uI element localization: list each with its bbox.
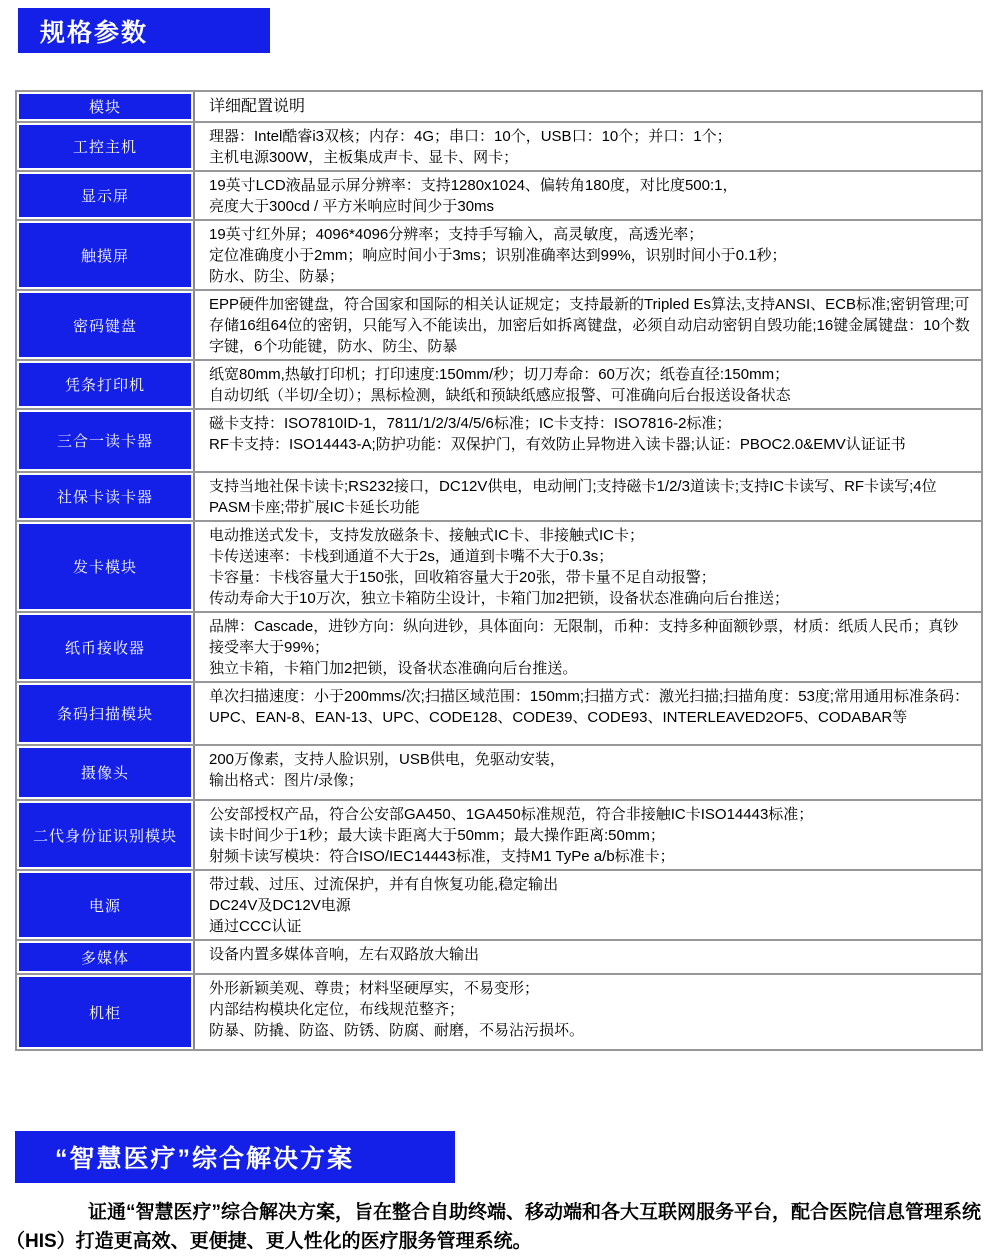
- module-cell: 二代身份证识别模块: [17, 801, 193, 869]
- module-label: 触摸屏: [19, 223, 191, 287]
- section-title-smart-medical: “智慧医疗”综合解决方案: [15, 1131, 455, 1183]
- smart-medical-paragraph: 证通“智慧医疗”综合解决方案，旨在整合自助终端、移动端和各大互联网服务平台，配合…: [6, 1198, 992, 1256]
- module-cell: 显示屏: [17, 172, 193, 219]
- module-cell: 凭条打印机: [17, 361, 193, 408]
- module-cell: 社保卡读卡器: [17, 473, 193, 520]
- module-description: 19英寸红外屏；4096*4096分辨率；支持手写输入，高灵敏度，高透光率； 定…: [193, 221, 981, 289]
- table-row: 显示屏 19英寸LCD液晶显示屏分辨率：支持1280x1024、偏转角180度，…: [17, 170, 981, 219]
- header-desc-label: 详细配置说明: [193, 92, 981, 121]
- module-cell: 密码键盘: [17, 291, 193, 359]
- table-row: 工控主机 理器：Intel酷睿i3双核；内存：4G；串口：10个，USB口：10…: [17, 121, 981, 170]
- module-label: 显示屏: [19, 174, 191, 217]
- module-label: 密码键盘: [19, 293, 191, 357]
- module-label: 三合一读卡器: [19, 412, 191, 469]
- module-label: 多媒体: [19, 943, 191, 971]
- module-description: 纸宽80mm,热敏打印机；打印速度:150mm/秒；切刀寿命：60万次；纸卷直径…: [193, 361, 981, 408]
- module-description: 磁卡支持：ISO7810ID-1，7811/1/2/3/4/5/6标准；IC卡支…: [193, 410, 981, 471]
- module-cell: 触摸屏: [17, 221, 193, 289]
- module-description: 外形新颖美观、尊贵；材料坚硬厚实，不易变形； 内部结构模块化定位，布线规范整齐；…: [193, 975, 981, 1049]
- module-cell: 三合一读卡器: [17, 410, 193, 471]
- module-label: 机柜: [19, 977, 191, 1047]
- table-row: 多媒体 设备内置多媒体音响，左右双路放大输出: [17, 939, 981, 973]
- table-row: 纸币接收器 品牌：Cascade，进钞方向：纵向进钞，具体面向：无限制，币种：支…: [17, 611, 981, 681]
- module-description: 带过载、过压、过流保护，并有自恢复功能,稳定输出 DC24V及DC12V电源 通…: [193, 871, 981, 939]
- module-cell: 纸币接收器: [17, 613, 193, 681]
- header-module-label: 模块: [19, 94, 191, 119]
- spec-table: 模块 详细配置说明 工控主机 理器：Intel酷睿i3双核；内存：4G；串口：1…: [15, 90, 983, 1051]
- table-row: 触摸屏 19英寸红外屏；4096*4096分辨率；支持手写输入，高灵敏度，高透光…: [17, 219, 981, 289]
- module-label: 二代身份证识别模块: [19, 803, 191, 867]
- module-cell: 电源: [17, 871, 193, 939]
- module-cell: 工控主机: [17, 123, 193, 170]
- module-label: 摄像头: [19, 748, 191, 797]
- section-title-specs: 规格参数: [18, 8, 270, 53]
- table-row: 社保卡读卡器 支持当地社保卡读卡;RS232接口，DC12V供电，电动闸门;支持…: [17, 471, 981, 520]
- table-row: 发卡模块 电动推送式发卡，支持发放磁条卡、接触式IC卡、非接触式IC卡； 卡传送…: [17, 520, 981, 611]
- module-cell: 摄像头: [17, 746, 193, 799]
- table-row: 机柜 外形新颖美观、尊贵；材料坚硬厚实，不易变形； 内部结构模块化定位，布线规范…: [17, 973, 981, 1049]
- module-description: 支持当地社保卡读卡;RS232接口，DC12V供电，电动闸门;支持磁卡1/2/3…: [193, 473, 981, 520]
- module-description: EPP硬件加密键盘，符合国家和国际的相关认证规定；支持最新的Tripled Es…: [193, 291, 981, 359]
- table-row: 密码键盘 EPP硬件加密键盘，符合国家和国际的相关认证规定；支持最新的Tripl…: [17, 289, 981, 359]
- table-row: 电源 带过载、过压、过流保护，并有自恢复功能,稳定输出 DC24V及DC12V电…: [17, 869, 981, 939]
- table-row: 凭条打印机 纸宽80mm,热敏打印机；打印速度:150mm/秒；切刀寿命：60万…: [17, 359, 981, 408]
- header-module-cell: 模块: [17, 92, 193, 121]
- module-label: 条码扫描模块: [19, 685, 191, 742]
- module-description: 理器：Intel酷睿i3双核；内存：4G；串口：10个，USB口：10个；并口：…: [193, 123, 981, 170]
- module-label: 凭条打印机: [19, 363, 191, 406]
- module-description: 品牌：Cascade，进钞方向：纵向进钞，具体面向：无限制，币种：支持多种面额钞…: [193, 613, 981, 681]
- module-description: 电动推送式发卡，支持发放磁条卡、接触式IC卡、非接触式IC卡； 卡传送速率：卡栈…: [193, 522, 981, 611]
- module-cell: 机柜: [17, 975, 193, 1049]
- module-cell: 多媒体: [17, 941, 193, 973]
- module-label: 工控主机: [19, 125, 191, 168]
- module-cell: 发卡模块: [17, 522, 193, 611]
- table-row: 二代身份证识别模块 公安部授权产品，符合公安部GA450、1GA450标准规范，…: [17, 799, 981, 869]
- table-header-row: 模块 详细配置说明: [17, 92, 981, 121]
- module-label: 社保卡读卡器: [19, 475, 191, 518]
- module-description: 19英寸LCD液晶显示屏分辨率：支持1280x1024、偏转角180度，对比度5…: [193, 172, 981, 219]
- module-description: 公安部授权产品，符合公安部GA450、1GA450标准规范，符合非接触IC卡IS…: [193, 801, 981, 869]
- module-label: 发卡模块: [19, 524, 191, 609]
- module-cell: 条码扫描模块: [17, 683, 193, 744]
- table-row: 摄像头 200万像素，支持人脸识别，USB供电，免驱动安装， 输出格式：图片/录…: [17, 744, 981, 799]
- module-label: 纸币接收器: [19, 615, 191, 679]
- table-row: 三合一读卡器 磁卡支持：ISO7810ID-1，7811/1/2/3/4/5/6…: [17, 408, 981, 471]
- module-description: 单次扫描速度：小于200mms/次;扫描区域范围：150mm;扫描方式：激光扫描…: [193, 683, 981, 744]
- module-label: 电源: [19, 873, 191, 937]
- module-description: 200万像素，支持人脸识别，USB供电，免驱动安装， 输出格式：图片/录像；: [193, 746, 981, 799]
- module-description: 设备内置多媒体音响，左右双路放大输出: [193, 941, 981, 973]
- table-row: 条码扫描模块 单次扫描速度：小于200mms/次;扫描区域范围：150mm;扫描…: [17, 681, 981, 744]
